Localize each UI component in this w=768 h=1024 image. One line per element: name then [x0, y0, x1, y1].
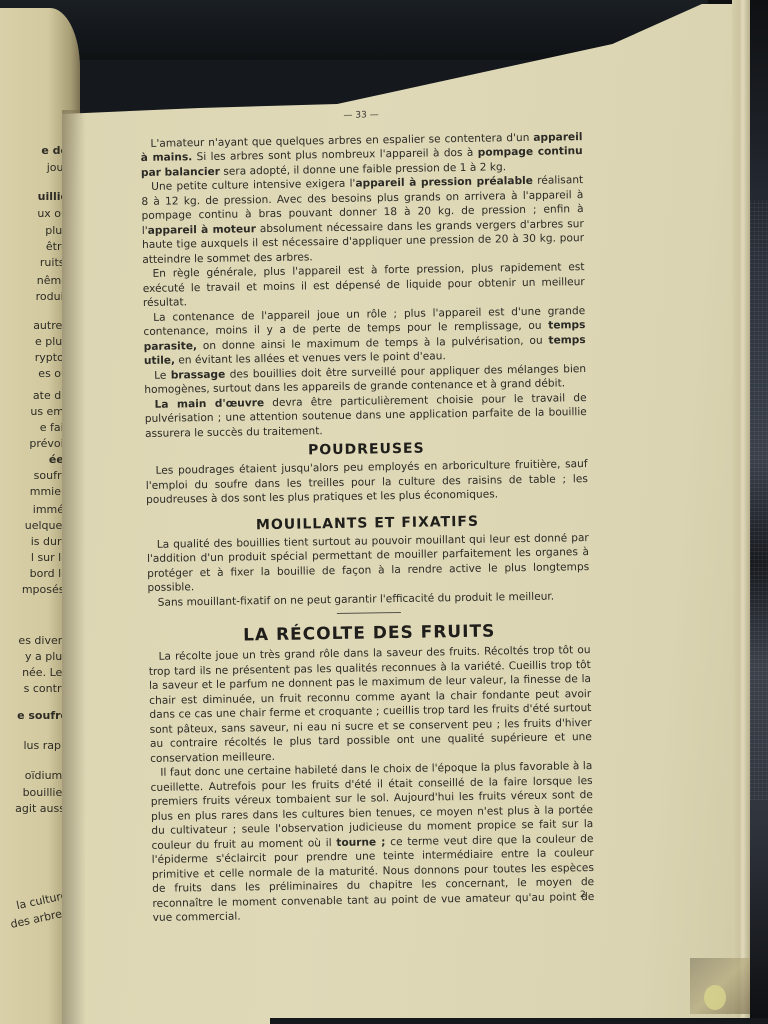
text-run: La récolte joue un très grand rôle dans … — [149, 644, 592, 764]
intro-section: L'amateur n'ayant que quelques arbres en… — [140, 130, 587, 441]
paragraph: Une petite culture intensive exigera l'a… — [141, 173, 584, 267]
bold-term: tourne ; — [336, 836, 385, 849]
photo-scene: e dejouruillieux ouplusêtreruits.nêmerod… — [0, 0, 768, 1024]
bold-term: appareil à pression préalable — [355, 175, 533, 190]
text-run: La contenance de l'appareil joue un rôle… — [143, 305, 585, 338]
left-page-text-fragment: agit aussi — [15, 800, 68, 817]
bold-term: appareil à moteur — [148, 223, 256, 237]
paragraph: L'amateur n'ayant que quelques arbres en… — [140, 130, 583, 180]
text-run: Une petite culture intensive exigera l' — [151, 178, 355, 193]
section-divider — [337, 612, 401, 614]
text-run: En règle générale, plus l'appareil est à… — [143, 261, 585, 309]
text-run: on donne ainsi le maximum de temps à la … — [197, 334, 549, 352]
paragraph: La récolte joue un très grand rôle dans … — [148, 643, 592, 766]
recolte-section: La récolte joue un très grand rôle dans … — [148, 643, 594, 925]
text-run: Si les arbres sont plus nombreux l'appar… — [192, 147, 478, 163]
gutter-shadow — [62, 110, 86, 1024]
background-bottom — [270, 1018, 768, 1024]
bold-term: brassage — [171, 368, 226, 381]
paragraph: Les poudrages étaient jusqu'alors peu em… — [146, 457, 589, 507]
paragraph: La qualité des bouillies tient surtout a… — [147, 531, 590, 596]
page-text: — 33 — L'amateur n'ayant que quelques ar… — [140, 105, 595, 925]
paragraph: En règle générale, plus l'appareil est à… — [142, 260, 585, 310]
paragraph: La main d'œuvre devra être particulièrem… — [144, 391, 587, 441]
left-page-text-fragment: e soufre — [17, 707, 68, 724]
left-page-text-fragment: es divers — [18, 632, 68, 649]
text-run: Le — [154, 369, 171, 381]
bold-term: La main d'œuvre — [154, 397, 264, 411]
fruit-thumbnail-icon — [704, 985, 726, 1010]
sheet-number: 2 — [580, 890, 586, 900]
page-edge — [732, 0, 750, 1020]
paragraph: La contenance de l'appareil joue un rôle… — [143, 304, 586, 369]
paragraph: Il faut donc une certaine habileté dans … — [150, 759, 594, 925]
